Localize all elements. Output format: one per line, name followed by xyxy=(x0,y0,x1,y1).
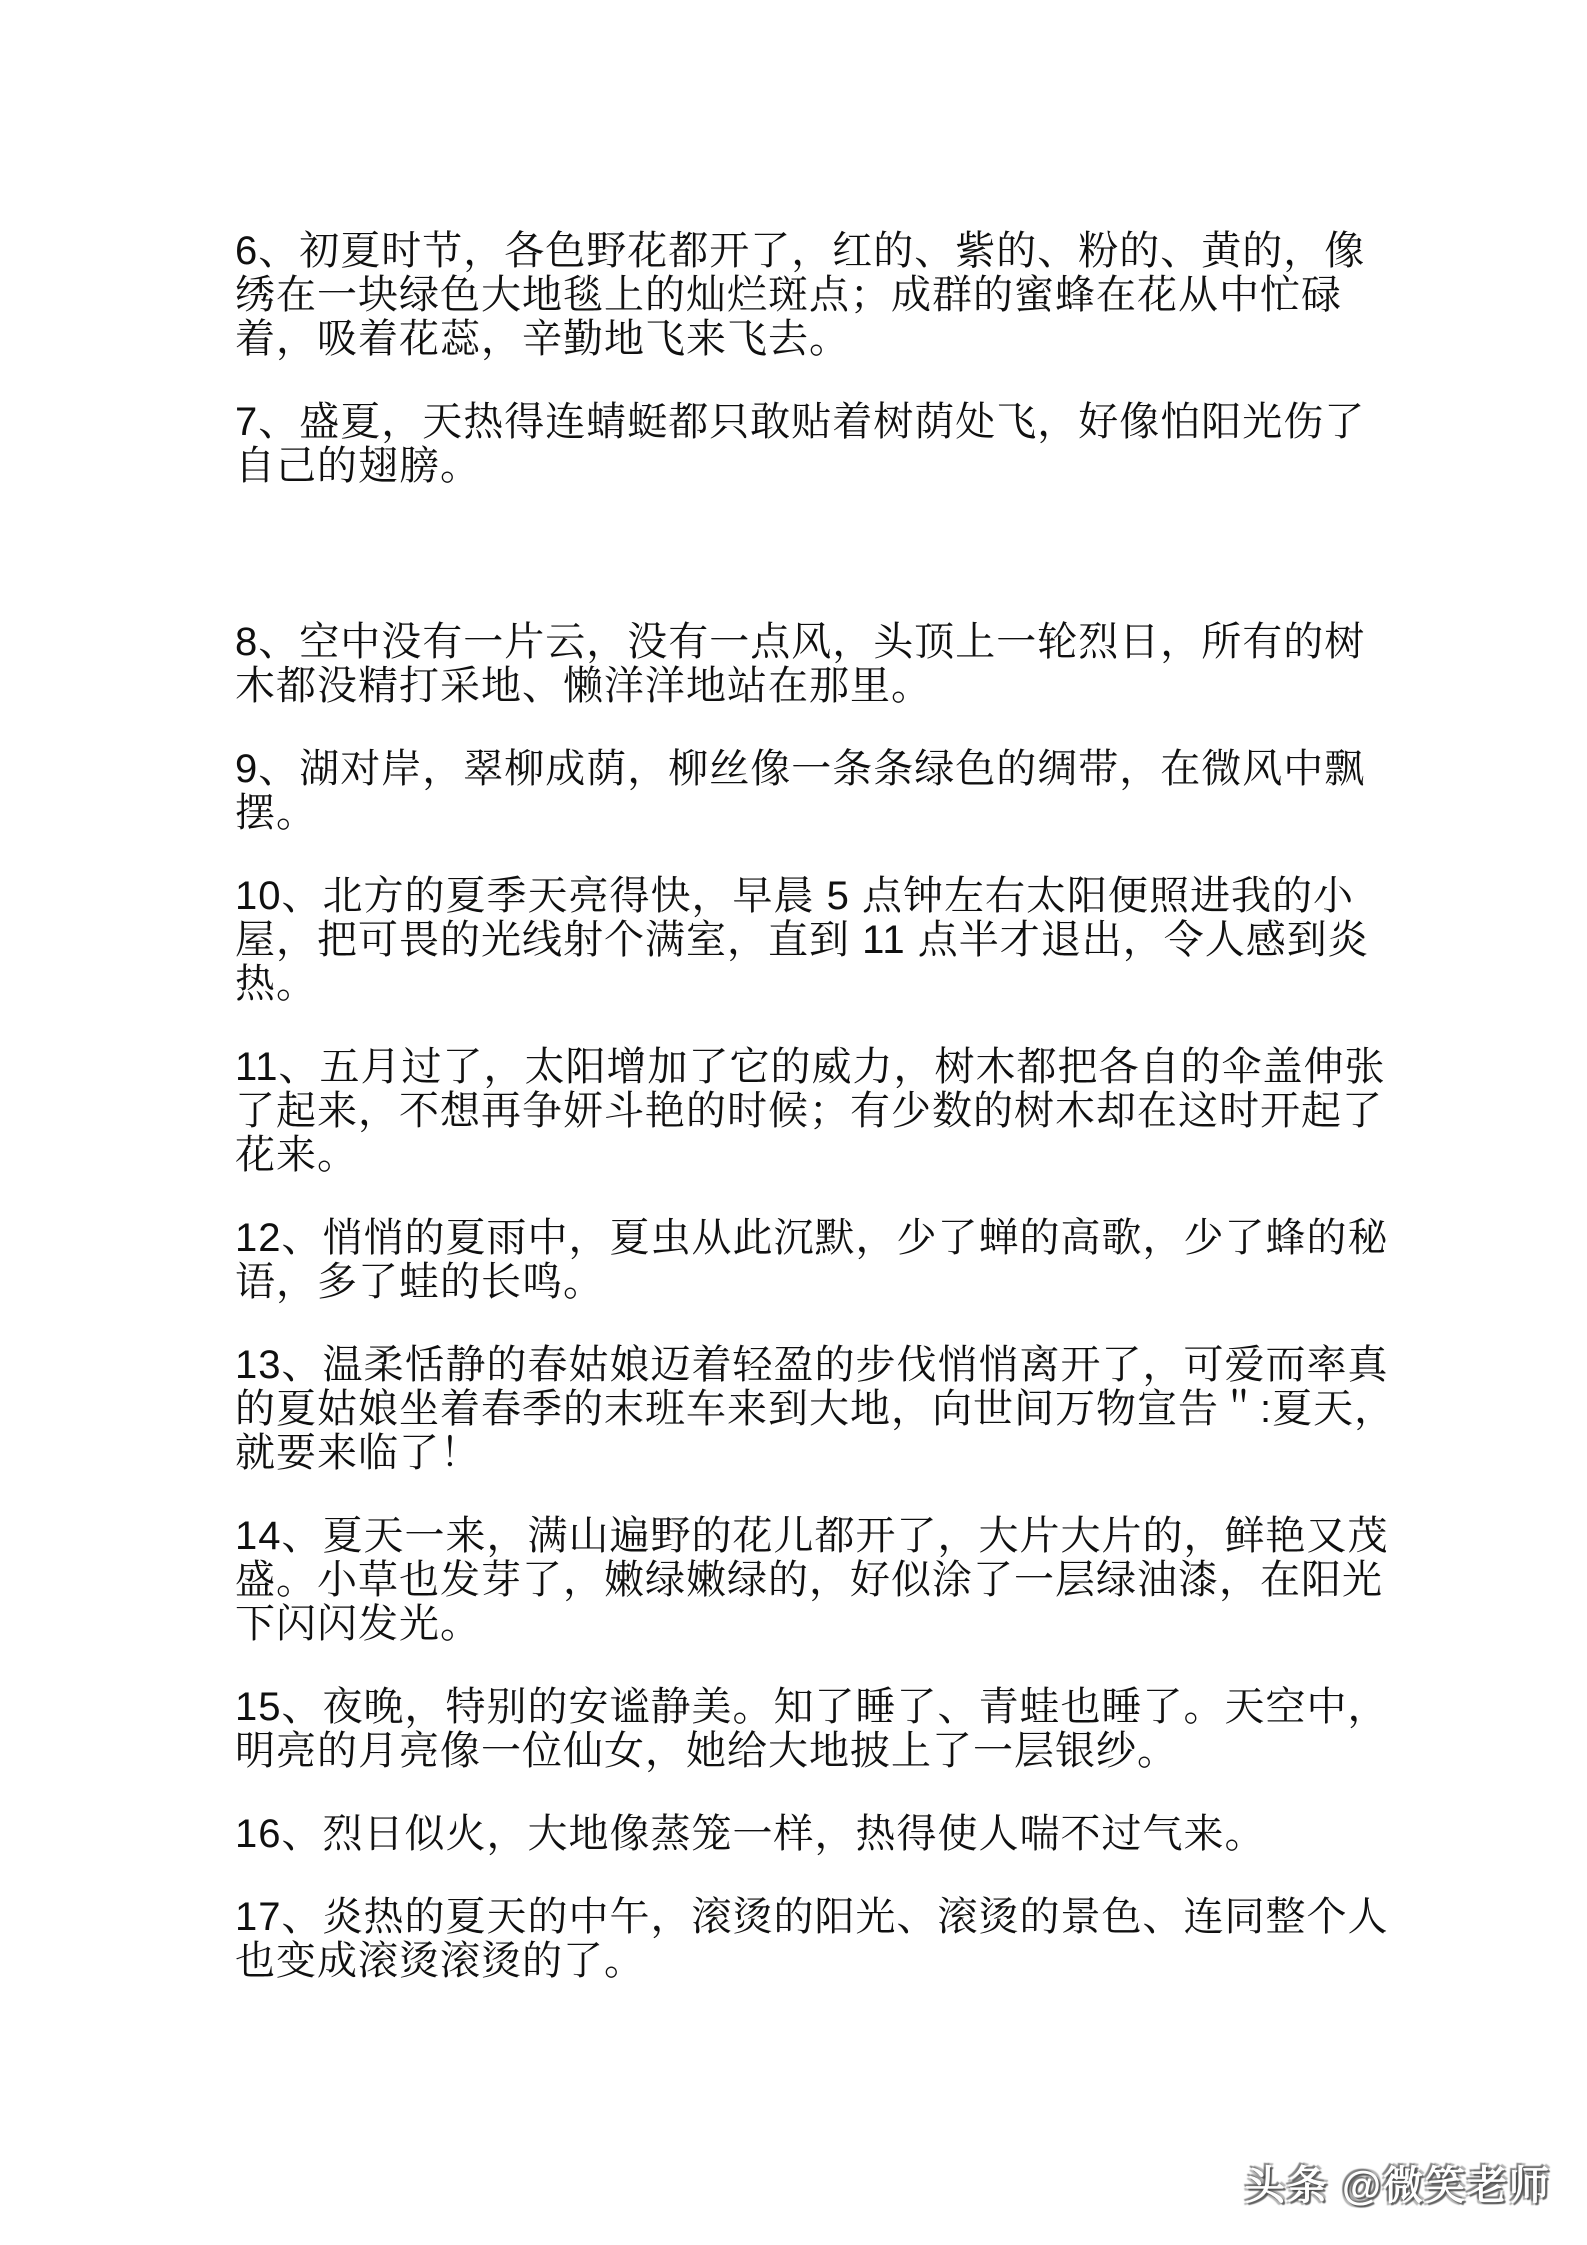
sentence-item-14: 14、夏天一来，满山遍野的花儿都开了，大片大片的，鲜艳又茂盛。小草也发芽了，嫩绿… xyxy=(235,1514,1400,1646)
sentence-item-7: 7、盛夏，天热得连蜻蜓都只敢贴着树荫处飞，好像怕阳光伤了自己的翅膀。 xyxy=(235,400,1400,488)
toutiao-watermark: 头条 @微笑老师 xyxy=(1245,2154,1551,2211)
sentence-item-9: 9、湖对岸，翠柳成荫，柳丝像一条条绿色的绸带，在微风中飘摆。 xyxy=(235,747,1400,835)
sentence-item-8: 8、空中没有一片云，没有一点风，头顶上一轮烈日，所有的树木都没精打采地、懒洋洋地… xyxy=(235,620,1400,708)
sentence-item-15: 15、夜晚，特别的安谧静美。知了睡了、青蛙也睡了。天空中，明亮的月亮像一位仙女，… xyxy=(235,1685,1400,1773)
sentence-item-16: 16、烈日似火，大地像蒸笼一样，热得使人喘不过气来。 xyxy=(235,1812,1400,1856)
sentence-item-17: 17、炎热的夏天的中午，滚烫的阳光、滚烫的景色、连同整个人也变成滚烫滚烫的了。 xyxy=(235,1895,1400,1983)
sentence-list: 6、初夏时节，各色野花都开了，红的、紫的、粉的、黄的，像绣在一块绿色大地毯上的灿… xyxy=(235,229,1400,2022)
sentence-item-12: 12、悄悄的夏雨中，夏虫从此沉默，少了蝉的高歌，少了蜂的秘语，多了蛙的长鸣。 xyxy=(235,1216,1400,1304)
document-page: 6、初夏时节，各色野花都开了，红的、紫的、粉的、黄的，像绣在一块绿色大地毯上的灿… xyxy=(0,0,1587,2245)
sentence-item-13: 13、温柔恬静的春姑娘迈着轻盈的步伐悄悄离开了，可爱而率真的夏姑娘坐着春季的末班… xyxy=(235,1343,1400,1475)
sentence-item-6: 6、初夏时节，各色野花都开了，红的、紫的、粉的、黄的，像绣在一块绿色大地毯上的灿… xyxy=(235,229,1400,361)
sentence-item-11: 11、五月过了，太阳增加了它的威力，树木都把各自的伞盖伸张了起来，不想再争妍斗艳… xyxy=(235,1045,1400,1177)
sentence-item-10: 10、北方的夏季天亮得快，早晨 5 点钟左右太阳便照进我的小屋，把可畏的光线射个… xyxy=(235,874,1400,1006)
